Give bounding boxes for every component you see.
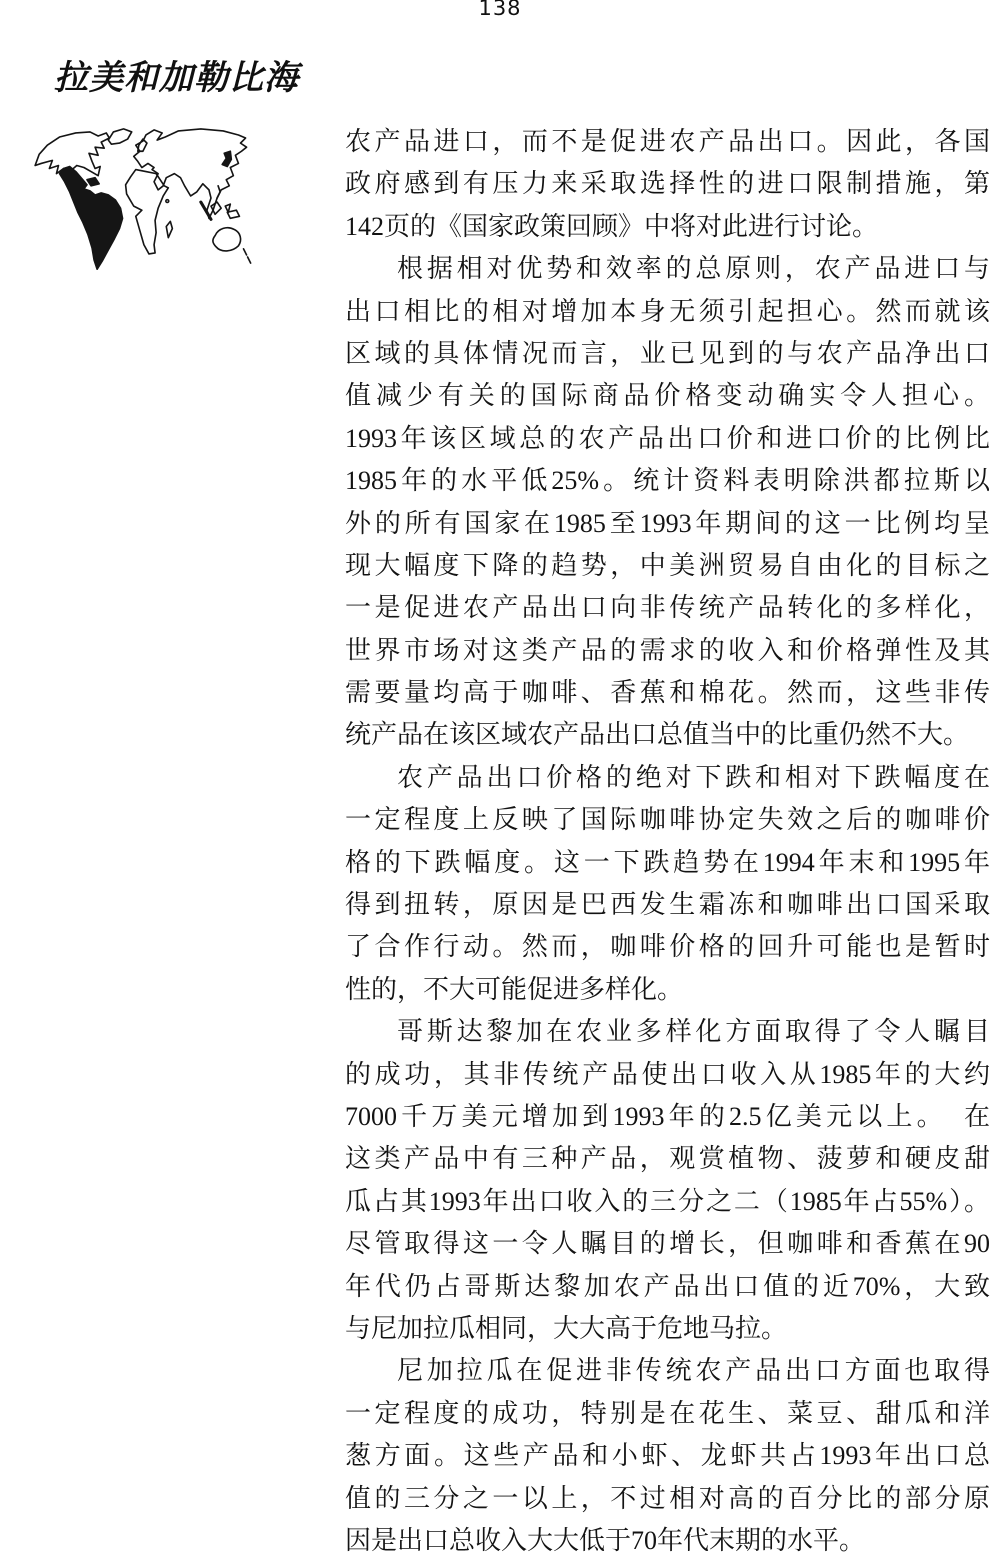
text-line: 性的，不大可能促进多样化。 — [345, 969, 990, 1011]
text-line: 世界市场对这类产品的需求的收入和价格弹性及其 — [345, 630, 990, 672]
text-line: 统产品在该区域农产品出口总值当中的比重仍然不大。 — [345, 714, 990, 756]
africa-outline — [126, 170, 169, 254]
text-line: 这类产品中有三种产品，观赏植物、菠萝和硬皮甜 — [345, 1138, 990, 1180]
text-line: 政府感到有压力来采取选择性的进口限制措施，第 — [345, 163, 990, 205]
caribbean-islands — [87, 178, 99, 186]
text-line: 尼加拉瓜在促进非传统农产品出口方面也取得 — [345, 1350, 990, 1392]
sri-lanka-island — [166, 200, 169, 203]
text-line: 区域的具体情况而言，业已见到的与农产品净出口 — [345, 333, 990, 375]
greenland-outline — [108, 129, 131, 144]
world-map-graphic — [28, 118, 272, 276]
text-line: 需要量均高于咖啡、香蕉和棉花。然而，这些非传 — [345, 672, 990, 714]
text-line: 瓜占其1993年出口收入的三分之二（1985年占55%）。 — [345, 1181, 990, 1223]
text-line: 的成功，其非传统产品使出口收入从1985年的大约 — [345, 1054, 990, 1096]
section-title: 拉美和加勒比海 — [54, 50, 299, 99]
new-zealand-islands — [244, 249, 251, 263]
text-line: 尽管取得这一令人瞩目的增长，但咖啡和香蕉在90 — [345, 1223, 990, 1265]
text-line: 一定程度上反映了国际咖啡协定失效之后的咖啡价 — [345, 799, 990, 841]
text-line: 值的三分之一以上，不过相对高的百分比的部分原 — [345, 1478, 990, 1520]
text-line: 葱方面。这些产品和小虾、龙虾共占1993年出口总 — [345, 1435, 990, 1477]
text-line: 一定程度的成功，特别是在花生、菜豆、甜瓜和洋 — [345, 1393, 990, 1435]
text-line: 现大幅度下降的趋势，中美洲贸易自由化的目标之 — [345, 545, 990, 587]
japan-islands — [222, 151, 231, 166]
new-guinea-outline — [227, 210, 239, 218]
text-line: 根据相对优势和效率的总原则，农产品进口与 — [345, 248, 990, 290]
text-line: 外的所有国家在1985至1993年期间的这一比例均呈 — [345, 503, 990, 545]
text-line: 了合作行动。然而，咖啡价格的回升可能也是暂时 — [345, 926, 990, 968]
text-line: 出口相比的相对增加本身无须引起担心。然而就该 — [345, 291, 990, 333]
body-text-column: 农产品进口，而不是促进农产品出口。因此，各国 政府感到有压力来采取选择性的进口限… — [345, 121, 990, 1557]
text-line: 农产品出口价格的绝对下跌和相对下跌幅度在 — [345, 757, 990, 799]
text-line: 7000千万美元增加到1993年的2.5亿美元以上。 在 — [345, 1096, 990, 1138]
document-page: 138 拉美和加勒比海 — [0, 0, 1000, 1557]
philippines-islands — [217, 186, 220, 198]
madagascar-outline — [166, 221, 172, 237]
text-line: 年代仍占哥斯达黎加农产品出口值的近70%，大致 — [345, 1266, 990, 1308]
page-number: 138 — [0, 0, 1000, 20]
text-line: 142页的《国家政策回顾》中将对此进行讨论。 — [345, 206, 990, 248]
world-map-svg — [28, 118, 272, 276]
text-line: 一是促进农产品出口向非传统产品转化的多样化， — [345, 587, 990, 629]
text-line: 1985年的水平低25%。统计资料表明除洪都拉斯以 — [345, 460, 990, 502]
text-line: 1993年该区域总的农产品出口价和进口价的比例比 — [345, 418, 990, 460]
text-line: 哥斯达黎加在农业多样化方面取得了令人瞩目 — [345, 1011, 990, 1053]
text-line: 因是出口总收入大大低于70年代末期的水平。 — [345, 1520, 990, 1557]
text-line: 农产品进口，而不是促进农产品出口。因此，各国 — [345, 121, 990, 163]
australia-outline — [213, 228, 241, 251]
text-line: 值减少有关的国际商品价格变动确实令人担心。 — [345, 375, 990, 417]
text-line: 与尼加拉瓜相同，大大高于危地马拉。 — [345, 1308, 990, 1350]
text-line: 格的下跌幅度。这一下跌趋势在1994年末和1995年 — [345, 842, 990, 884]
text-line: 得到扭转，原因是巴西发生霜冻和咖啡出口国采取 — [345, 884, 990, 926]
